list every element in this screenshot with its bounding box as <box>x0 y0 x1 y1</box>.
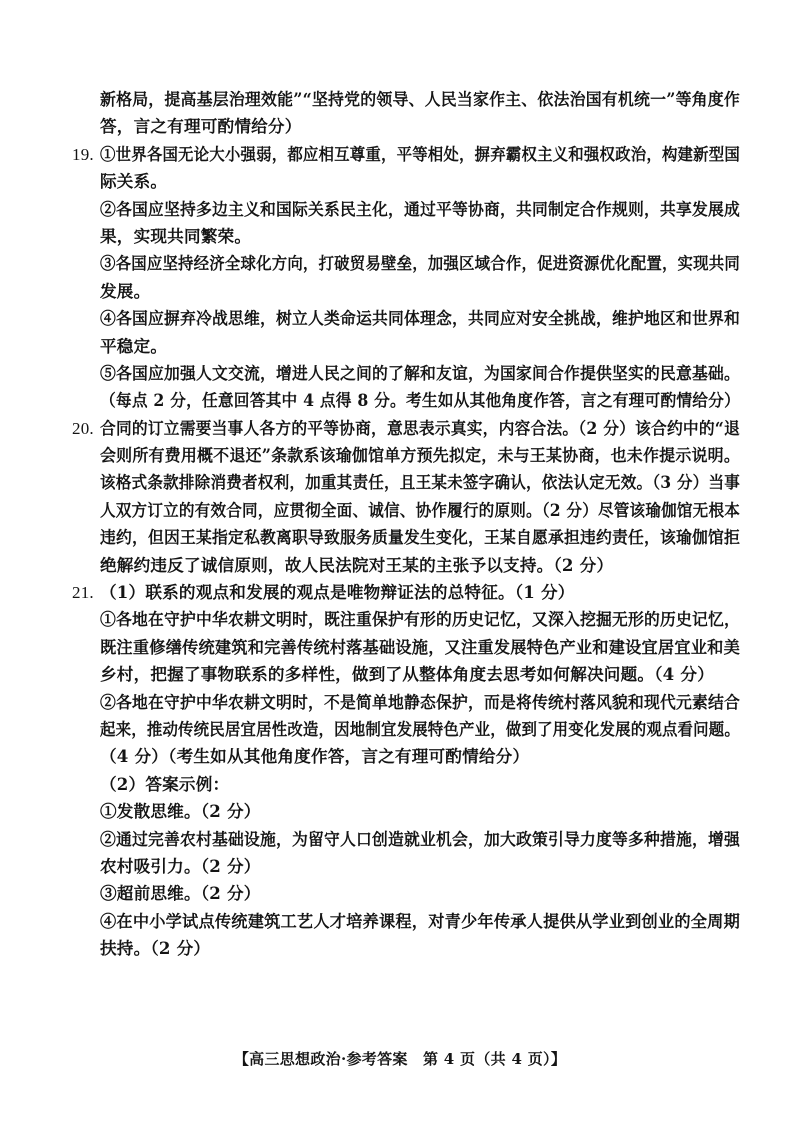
text-line: ④各国应摒弃冷战思维，树立人类命运共同体理念，共同应对安全挑战，维护地区和世界和 <box>100 305 740 332</box>
question-number: 20. <box>72 415 94 442</box>
question-start-line: 19.①世界各国无论大小强弱，都应相互尊重，平等相处，摒弃霸权主义和强权政治，构… <box>100 141 740 168</box>
text-line: 该格式条款排除消费者权利，加重其责任，且王某未签字确认，依法认定无效。（3 分）… <box>100 469 740 496</box>
line-text: 绝解约违反了诚信原则，故人民法院对王某的主张予以支持。（2 分） <box>100 552 613 579</box>
text-line: 果，实现共同繁荣。 <box>100 223 740 250</box>
text-line: （每点 2 分，任意回答其中 4 点得 8 分。考生如从其他角度作答，言之有理可… <box>100 387 740 414</box>
line-text: 答，言之有理可酌情给分） <box>100 113 302 140</box>
line-text: 农村吸引力。（2 分） <box>100 853 261 880</box>
text-line: 起来，推动传统民居宜居性改造，因地制宜发展特色产业，做到了用变化发展的观点看问题… <box>100 716 740 743</box>
text-line: ①各地在守护中华农耕文明时，既注重保护有形的历史记忆，又深入挖掘无形的历史记忆， <box>100 606 740 633</box>
text-line: 际关系。 <box>100 168 740 195</box>
text-line: 既注重修缮传统建筑和完善传统村落基础设施，又注重发展特色产业和建设宜居宜业和美 <box>100 634 740 661</box>
text-line: ②通过完善农村基础设施，为留守人口创造就业机会，加大政策引导力度等多种措施，增强 <box>100 826 740 853</box>
question-number: 21. <box>72 579 94 606</box>
line-text: 该格式条款排除消费者权利，加重其责任，且王某未签字确认，依法认定无效。（3 分）… <box>100 469 740 496</box>
text-line: 绝解约违反了诚信原则，故人民法院对王某的主张予以支持。（2 分） <box>100 552 740 579</box>
line-text: 违约，但因王某指定私教离职导致服务质量发生变化，王某自愿承担违约责任，该瑜伽馆拒 <box>100 524 740 551</box>
line-text: 人双方订立的有效合同，应贯彻全面、诚信、协作履行的原则。（2 分）尽管该瑜伽馆无… <box>100 497 740 524</box>
line-text: ④各国应摒弃冷战思维，树立人类命运共同体理念，共同应对安全挑战，维护地区和世界和 <box>100 305 740 332</box>
text-line: 农村吸引力。（2 分） <box>100 853 740 880</box>
answer-text-body: 新格局，提高基层治理效能”“坚持党的领导、人民当家作主、依法治国有机统一”等角度… <box>100 86 740 963</box>
text-line: ②各国应坚持多边主义和国际关系民主化，通过平等协商，共同制定合作规则，共享发展成 <box>100 196 740 223</box>
text-line: ④在中小学试点传统建筑工艺人才培养课程，对青少年传承人提供从学业到创业的全周期 <box>100 908 740 935</box>
text-line: ③各国应坚持经济全球化方向，打破贸易壁垒，加强区域合作，促进资源优化配置，实现共… <box>100 250 740 277</box>
question-start-line: 20.合同的订立需要当事人各方的平等协商，意思表示真实，内容合法。（2 分）该合… <box>100 415 740 442</box>
line-text: ①发散思维。（2 分） <box>100 798 261 825</box>
line-text: 起来，推动传统民居宜居性改造，因地制宜发展特色产业，做到了用变化发展的观点看问题… <box>100 716 740 743</box>
text-line: 答，言之有理可酌情给分） <box>100 113 740 140</box>
line-text: 果，实现共同繁荣。 <box>100 223 251 250</box>
text-line: 新格局，提高基层治理效能”“坚持党的领导、人民当家作主、依法治国有机统一”等角度… <box>100 86 740 113</box>
line-text: 既注重修缮传统建筑和完善传统村落基础设施，又注重发展特色产业和建设宜居宜业和美 <box>100 634 740 661</box>
page-footer: 【高三思想政治·参考答案 第 4 页（共 4 页）】 <box>0 1048 800 1069</box>
line-text: ①世界各国无论大小强弱，都应相互尊重，平等相处，摒弃霸权主义和强权政治，构建新型… <box>100 141 740 168</box>
text-line: 发展。 <box>100 278 740 305</box>
line-text: ②各国应坚持多边主义和国际关系民主化，通过平等协商，共同制定合作规则，共享发展成 <box>100 196 740 223</box>
line-text: 平稳定。 <box>100 333 167 360</box>
line-text: ②各地在守护中华农耕文明时，不是简单地静态保护，而是将传统村落风貌和现代元素结合 <box>100 689 740 716</box>
text-line: （4 分）（考生如从其他角度作答，言之有理可酌情给分） <box>100 743 740 770</box>
line-text: ④在中小学试点传统建筑工艺人才培养课程，对青少年传承人提供从学业到创业的全周期 <box>100 908 740 935</box>
line-text: ③超前思维。（2 分） <box>100 880 261 907</box>
line-text: 会则所有费用概不退还”条款系该瑜伽馆单方预先拟定，未与王某协商，也未作提示说明。 <box>100 442 740 469</box>
line-text: 际关系。 <box>100 168 167 195</box>
line-text: ②通过完善农村基础设施，为留守人口创造就业机会，加大政策引导力度等多种措施，增强 <box>100 826 740 853</box>
text-line: 扶持。（2 分） <box>100 935 740 962</box>
line-text: 发展。 <box>100 278 150 305</box>
text-line: ②各地在守护中华农耕文明时，不是简单地静态保护，而是将传统村落风貌和现代元素结合 <box>100 689 740 716</box>
text-line: ⑤各国应加强人文交流，增进人民之间的了解和友谊，为国家间合作提供坚实的民意基础。 <box>100 360 740 387</box>
line-text: 新格局，提高基层治理效能”“坚持党的领导、人民当家作主、依法治国有机统一”等角度… <box>100 86 740 113</box>
line-text: ⑤各国应加强人文交流，增进人民之间的了解和友谊，为国家间合作提供坚实的民意基础。 <box>100 360 740 387</box>
text-line: （2）答案示例： <box>100 771 740 798</box>
text-line: ①发散思维。（2 分） <box>100 798 740 825</box>
line-text: 合同的订立需要当事人各方的平等协商，意思表示真实，内容合法。（2 分）该合约中的… <box>100 415 740 442</box>
line-text: （每点 2 分，任意回答其中 4 点得 8 分。考生如从其他角度作答，言之有理可… <box>100 387 740 414</box>
text-line: 平稳定。 <box>100 333 740 360</box>
text-line: 违约，但因王某指定私教离职导致服务质量发生变化，王某自愿承担违约责任，该瑜伽馆拒 <box>100 524 740 551</box>
text-line: 会则所有费用概不退还”条款系该瑜伽馆单方预先拟定，未与王某协商，也未作提示说明。 <box>100 442 740 469</box>
line-text: 乡村，把握了事物联系的多样性，做到了从整体角度去思考如何解决问题。（4 分） <box>100 661 714 688</box>
line-text: （4 分）（考生如从其他角度作答，言之有理可酌情给分） <box>100 743 529 770</box>
text-line: 乡村，把握了事物联系的多样性，做到了从整体角度去思考如何解决问题。（4 分） <box>100 661 740 688</box>
line-text: ③各国应坚持经济全球化方向，打破贸易壁垒，加强区域合作，促进资源优化配置，实现共… <box>100 250 740 277</box>
line-text: 扶持。（2 分） <box>100 935 210 962</box>
question-number: 19. <box>72 141 94 168</box>
line-text: ①各地在守护中华农耕文明时，既注重保护有形的历史记忆，又深入挖掘无形的历史记忆， <box>100 606 740 633</box>
text-line: ③超前思维。（2 分） <box>100 880 740 907</box>
document-page: 新格局，提高基层治理效能”“坚持党的领导、人民当家作主、依法治国有机统一”等角度… <box>0 0 800 1131</box>
line-text: （2）答案示例： <box>100 771 229 798</box>
text-line: 人双方订立的有效合同，应贯彻全面、诚信、协作履行的原则。（2 分）尽管该瑜伽馆无… <box>100 497 740 524</box>
line-text: （1）联系的观点和发展的观点是唯物辩证法的总特征。（1 分） <box>100 579 575 606</box>
question-start-line: 21.（1）联系的观点和发展的观点是唯物辩证法的总特征。（1 分） <box>100 579 740 606</box>
